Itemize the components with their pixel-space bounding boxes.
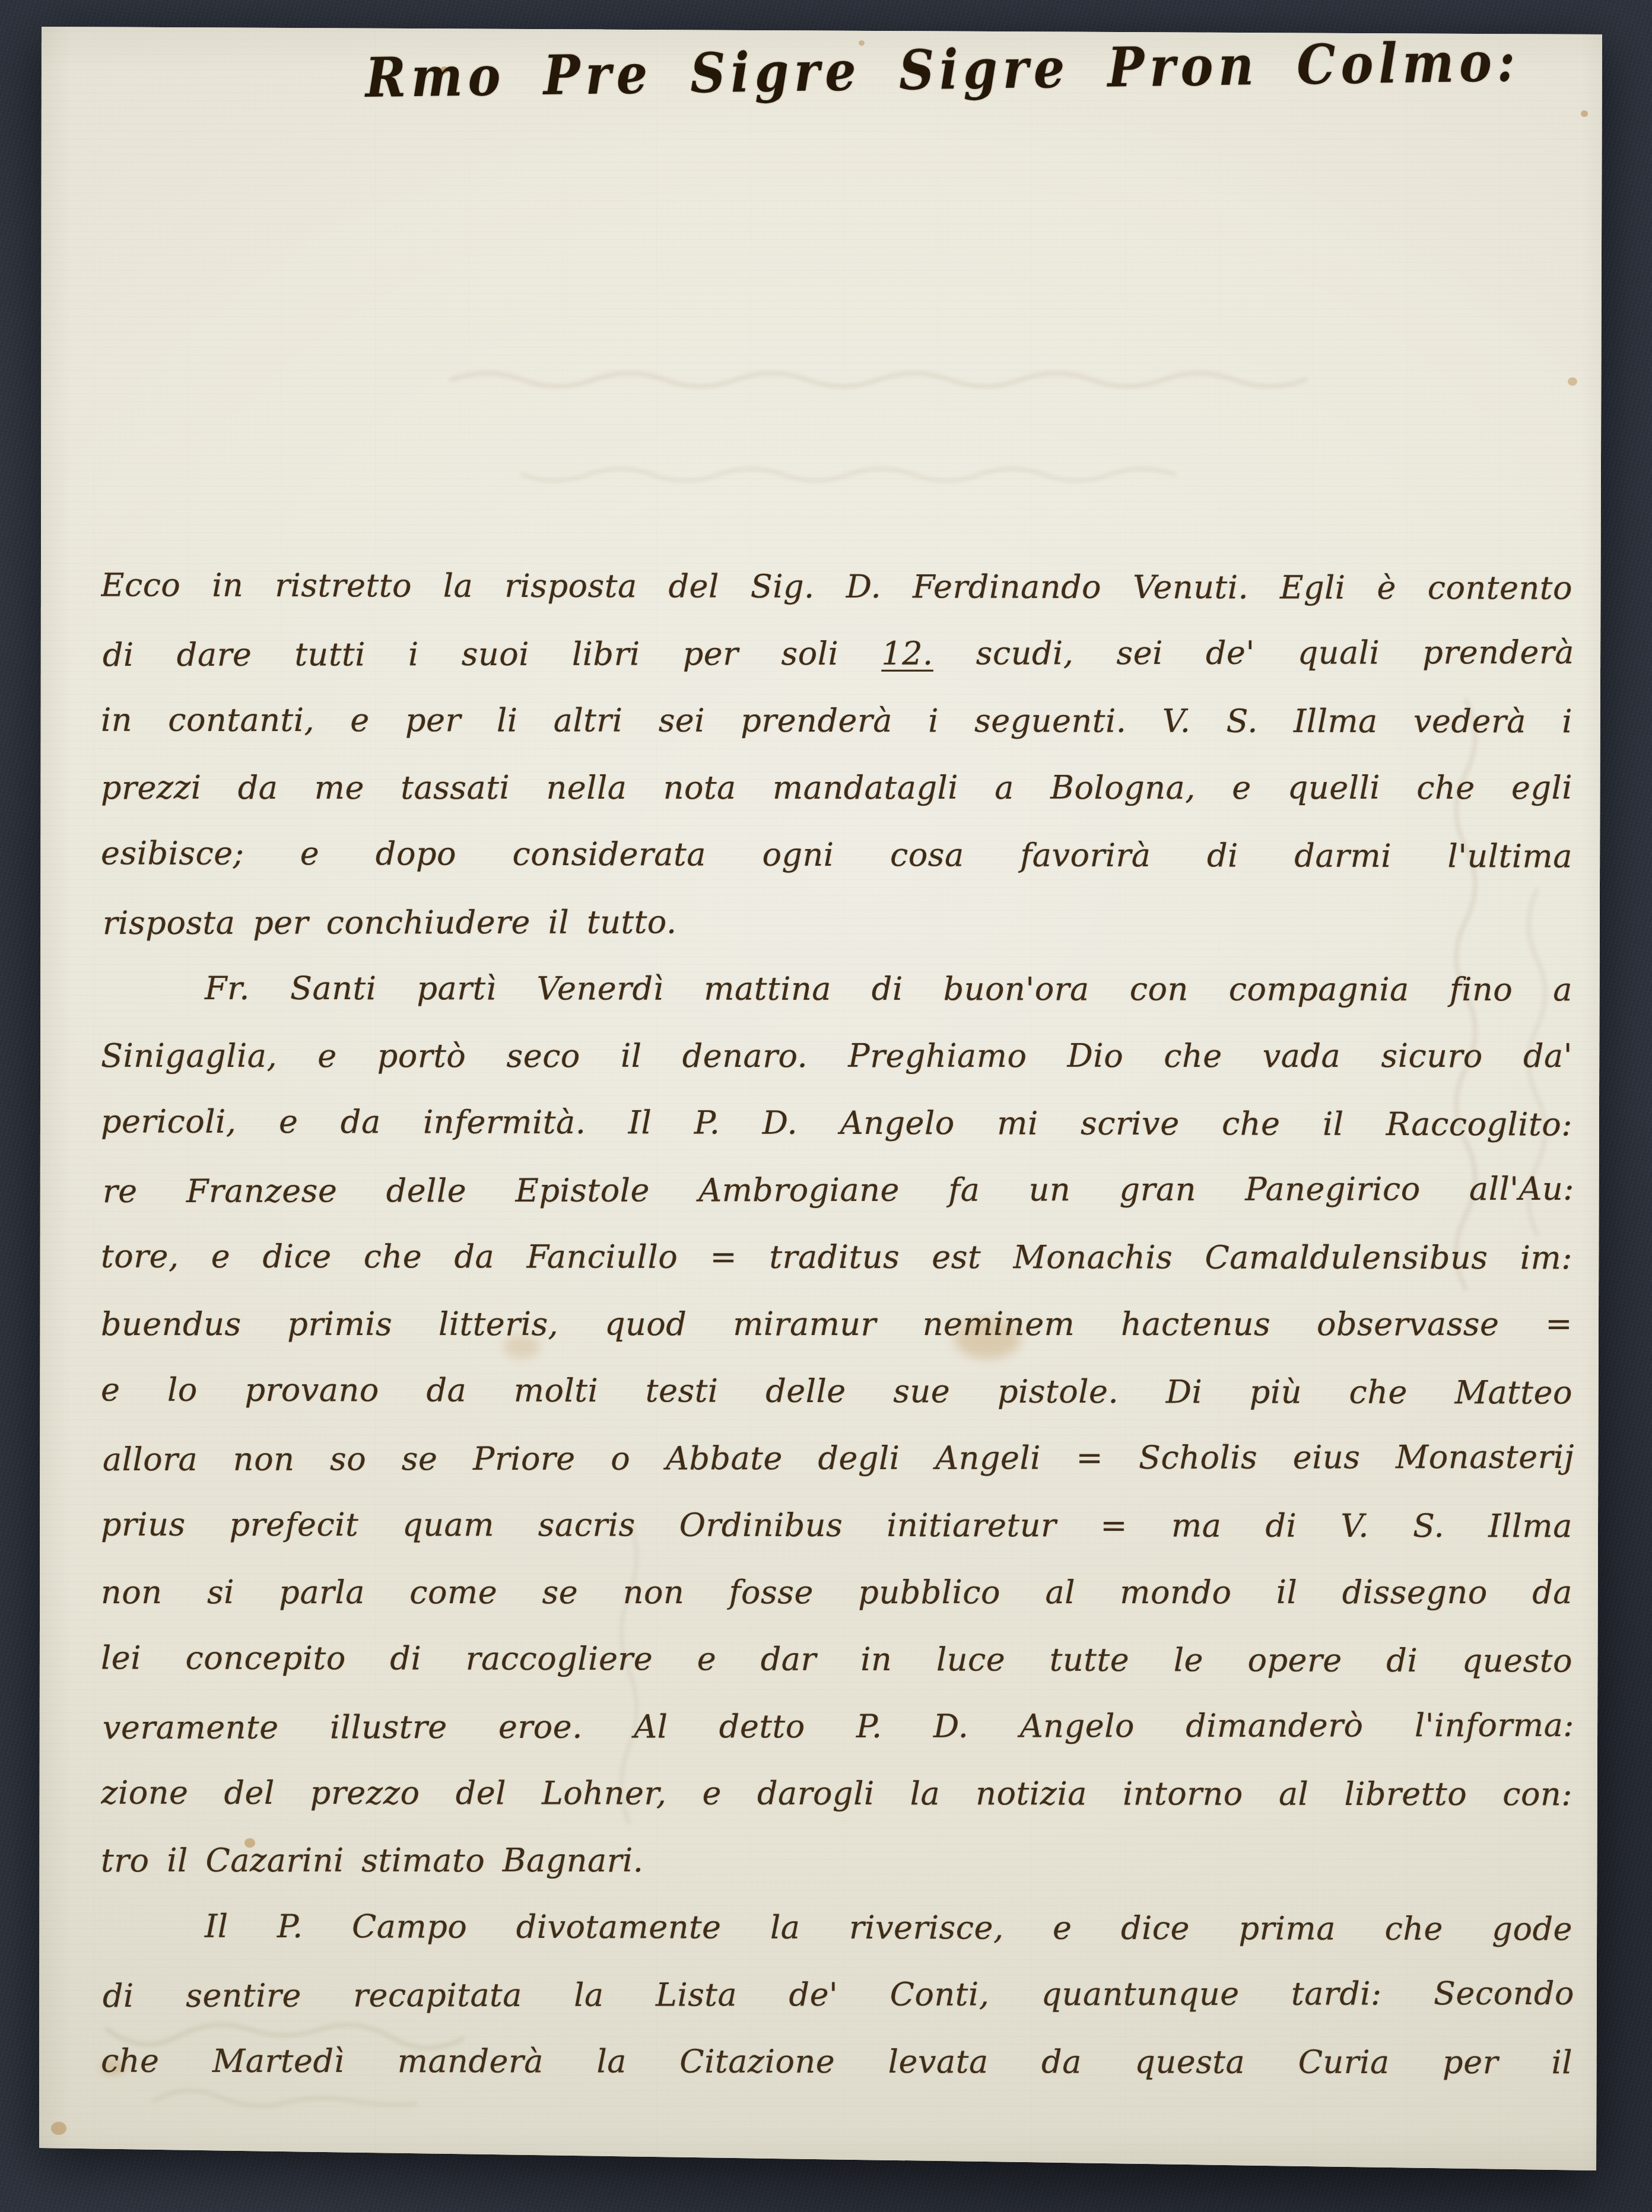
letter-paper: Rmo Pre Sigre Sigre Pron Colmo: Ecco in … [0,0,1652,2212]
paper-shadow: Rmo Pre Sigre Sigre Pron Colmo: Ecco in … [0,0,1652,2212]
photo-background: Rmo Pre Sigre Sigre Pron Colmo: Ecco in … [0,0,1652,2212]
paper-vignette [0,0,1652,2212]
